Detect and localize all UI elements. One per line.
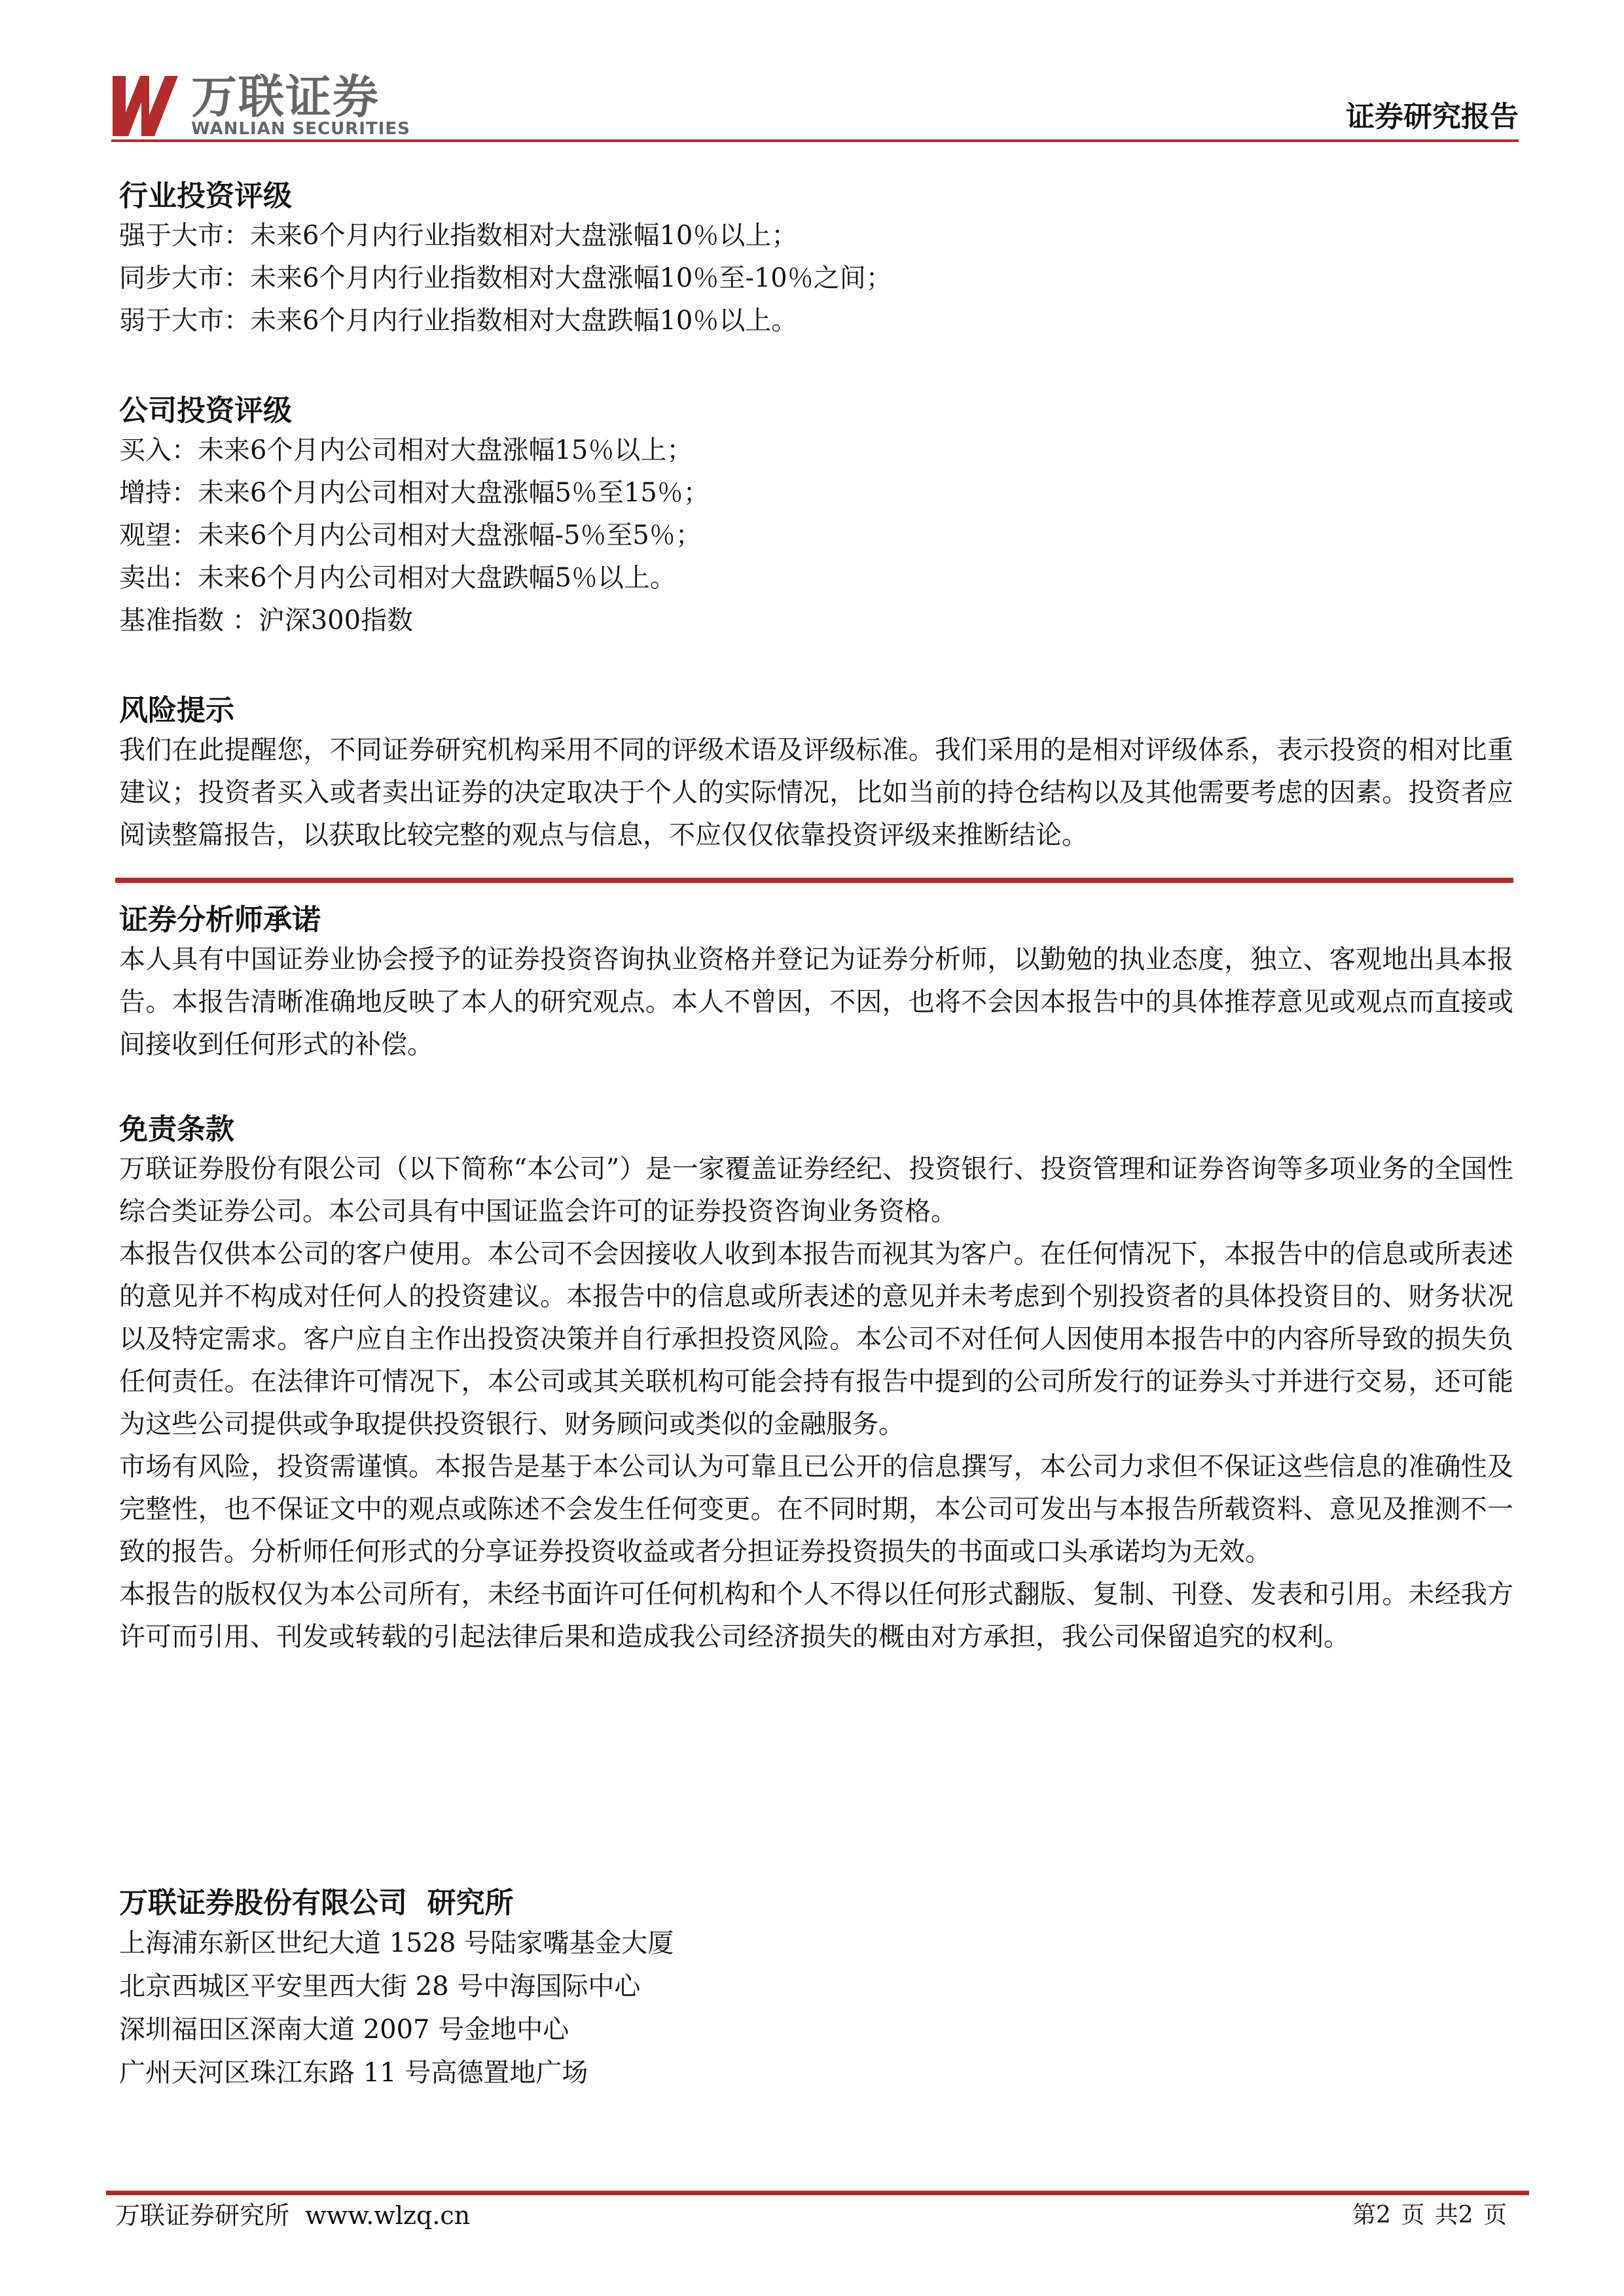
footer-institute-website: 万联证券研究所 www.wlzq.cn (115, 2199, 470, 2232)
company-rating-item: 买入：未来6个月内公司相对大盘涨幅15％以上； (119, 429, 1513, 472)
logo-chinese-name: 万联证券 (191, 71, 380, 123)
company-rating-item: 观望：未来6个月内公司相对大盘涨幅-5％至5％； (119, 514, 1513, 557)
benchmark-index: 基准指数 ：沪深300指数 (119, 600, 1513, 642)
company-rating-item: 增持：未来6个月内公司相对大盘涨幅5％至15％； (119, 472, 1513, 514)
company-rating-item: 卖出：未来6个月内公司相对大盘跌幅5％以上。 (119, 557, 1513, 600)
industry-rating-item: 强于大市：未来6个月内行业指数相对大盘涨幅10％以上； (119, 215, 1513, 257)
office-address: 北京西城区平安里西大街 28 号中海国际中心 (119, 1965, 1513, 2008)
logo-english-name: WANLIAN SECURITIES (191, 120, 410, 137)
risk-notice-paragraph: 我们在此提醒您，不同证券研究机构采用不同的评级术语及评级标准。我们采用的是相对评… (119, 729, 1513, 857)
report-type-title: 证券研究报告 (1346, 101, 1519, 134)
company-rating-section: 公司投资评级 买入：未来6个月内公司相对大盘涨幅15％以上； 增持：未来6个月内… (119, 393, 1513, 642)
industry-rating-item: 同步大市：未来6个月内行业指数相对大盘涨幅10％至-10％之间； (119, 257, 1513, 300)
office-address: 深圳福田区深南大道 2007 号金地中心 (119, 2008, 1513, 2051)
disclaimer-paragraph: 本报告的版权仅为本公司所有，未经书面许可任何机构和个人不得以任何形式翻版、复制、… (119, 1573, 1513, 1659)
footer-divider (106, 2191, 1529, 2195)
office-address: 广州天河区珠江东路 11 号高德置地广场 (119, 2051, 1513, 2094)
company-rating-title: 公司投资评级 (119, 393, 1513, 429)
header-divider (111, 139, 1519, 142)
page-number: 第2 页 共2 页 (1352, 2199, 1507, 2232)
disclaimer-title: 免责条款 (119, 1111, 1513, 1148)
disclaimer-section: 免责条款 万联证券股份有限公司（以下简称“本公司”）是一家覆盖证券经纪、投资银行… (119, 1111, 1513, 1659)
page-header: 万联证券 WANLIAN SECURITIES 证券研究报告 (111, 73, 1519, 145)
risk-notice-section: 风险提示 我们在此提醒您，不同证券研究机构采用不同的评级术语及评级标准。我们采用… (119, 692, 1513, 857)
logo-w-mark-icon (113, 76, 186, 136)
risk-notice-title: 风险提示 (119, 692, 1513, 729)
office-address: 上海浦东新区世纪大道 1528 号陆家嘴基金大厦 (119, 1922, 1513, 1965)
analyst-commitment-section: 证券分析师承诺 本人具有中国证券业协会授予的证券投资咨询执业资格并登记为证券分析… (119, 902, 1513, 1066)
disclaimer-paragraph: 本报告仅供本公司的客户使用。本公司不会因接收人收到本报告而视其为客户。在任何情况… (119, 1233, 1513, 1446)
contact-title: 万联证券股份有限公司 研究所 (119, 1885, 1513, 1922)
company-logo: 万联证券 WANLIAN SECURITIES (111, 73, 452, 139)
contact-section: 万联证券股份有限公司 研究所 上海浦东新区世纪大道 1528 号陆家嘴基金大厦 … (119, 1885, 1513, 2094)
disclaimer-paragraph: 万联证券股份有限公司（以下简称“本公司”）是一家覆盖证券经纪、投资银行、投资管理… (119, 1148, 1513, 1233)
disclaimer-paragraph: 市场有风险，投资需谨慎。本报告是基于本公司认为可靠且已公开的信息撰写，本公司力求… (119, 1446, 1513, 1573)
industry-rating-title: 行业投资评级 (119, 178, 1513, 215)
industry-rating-item: 弱于大市：未来6个月内行业指数相对大盘跌幅10％以上。 (119, 300, 1513, 342)
section-divider (115, 878, 1513, 883)
analyst-commitment-paragraph: 本人具有中国证券业协会授予的证券投资咨询执业资格并登记为证券分析师，以勤勉的执业… (119, 939, 1513, 1066)
analyst-commitment-title: 证券分析师承诺 (119, 902, 1513, 939)
industry-rating-section: 行业投资评级 强于大市：未来6个月内行业指数相对大盘涨幅10％以上； 同步大市：… (119, 178, 1513, 342)
